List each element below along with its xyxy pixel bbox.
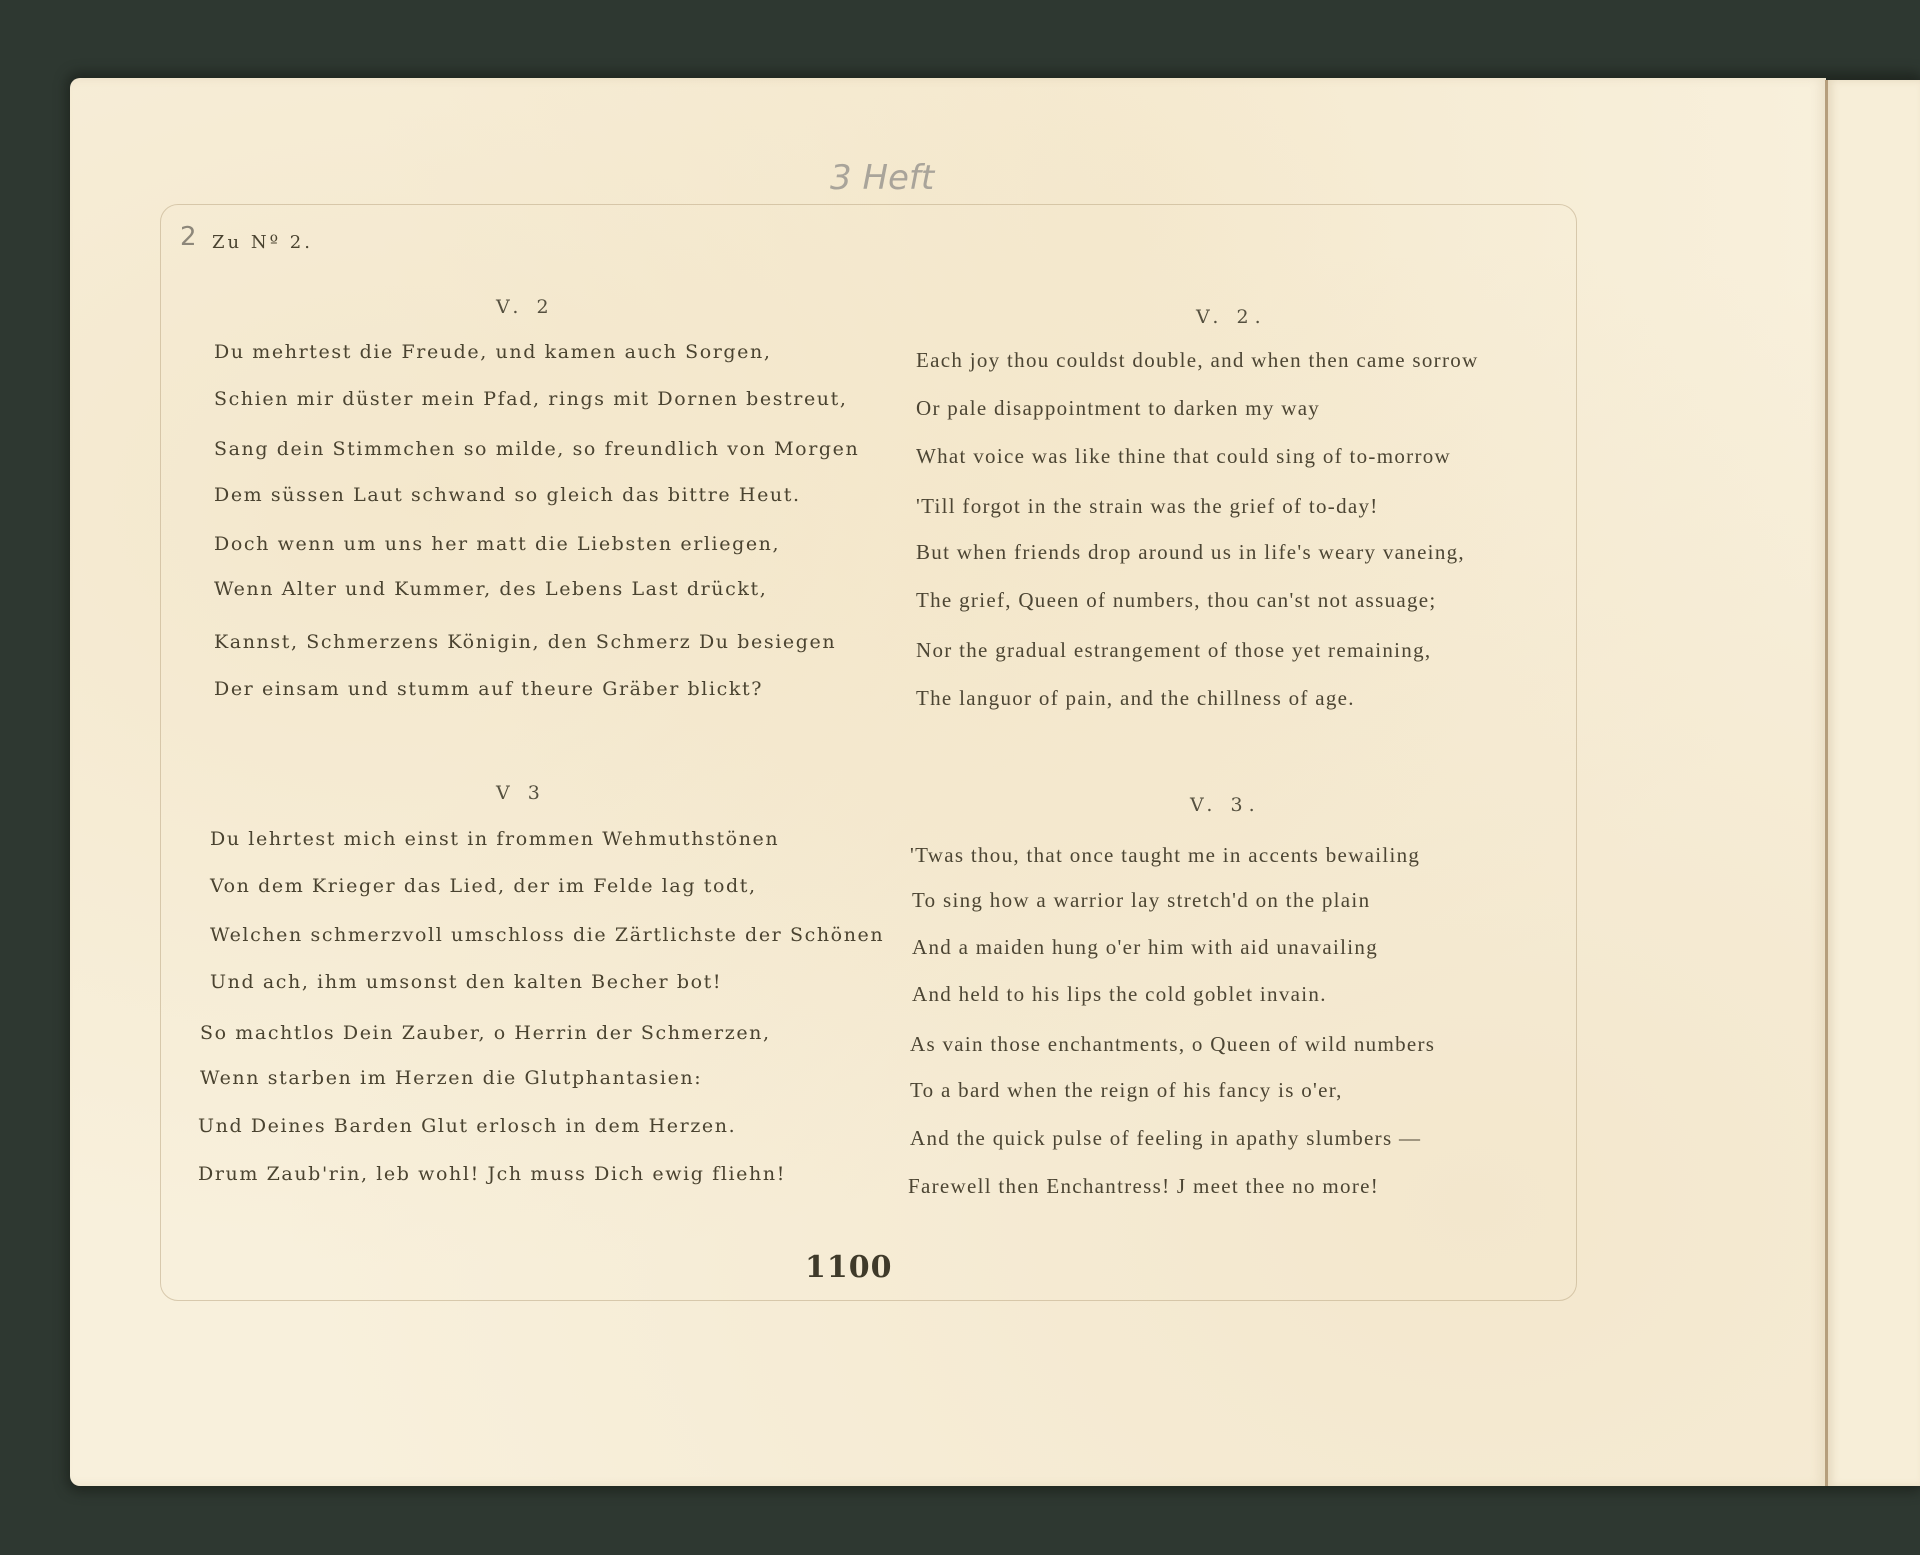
pencil-page-number: 2: [180, 222, 197, 252]
verse-line: Doch wenn um uns her matt die Liebsten e…: [214, 535, 780, 554]
verse-line: To sing how a warrior lay stretch'd on t…: [912, 890, 1370, 911]
verse-line: Der einsam und stumm auf theure Gräber b…: [214, 680, 763, 699]
verse-line: Dem süssen Laut schwand so gleich das bi…: [214, 486, 801, 505]
verse-line: Wenn starben im Herzen die Glutphantasie…: [200, 1069, 702, 1088]
verse-heading: V 3: [496, 782, 546, 804]
verse-line: 'Twas thou, that once taught me in accen…: [910, 845, 1420, 866]
right-page-edge: [1828, 80, 1920, 1486]
verse-line: Farewell then Enchantress! J meet thee n…: [908, 1176, 1379, 1197]
verse-line: The languor of pain, and the chillness o…: [916, 688, 1355, 709]
verse-line: Kannst, Schmerzens Königin, den Schmerz …: [214, 633, 836, 652]
verse-line: Und Deines Barden Glut erlosch in dem He…: [198, 1117, 736, 1136]
verse-line: Or pale disappointment to darken my way: [916, 398, 1320, 419]
verse-line: Wenn Alter und Kummer, des Lebens Last d…: [214, 580, 767, 599]
verse-heading: V. 2.: [1196, 306, 1267, 328]
verse-line: As vain those enchantments, o Queen of w…: [910, 1034, 1435, 1055]
verse-line: Von dem Krieger das Lied, der im Felde l…: [210, 877, 757, 896]
verse-line: So machtlos Dein Zauber, o Herrin der Sc…: [200, 1024, 771, 1043]
verse-line: What voice was like thine that could sin…: [916, 446, 1451, 467]
verse-line: And a maiden hung o'er him with aid unav…: [912, 937, 1378, 958]
reference-label: Zu Nº 2.: [212, 234, 313, 252]
verse-line: Drum Zaub'rin, leb wohl! Jch muss Dich e…: [198, 1165, 786, 1184]
verse-line: Sang dein Stimmchen so milde, so freundl…: [214, 440, 859, 459]
verse-line: Du mehrtest die Freude, und kamen auch S…: [214, 343, 772, 362]
verse-line: And held to his lips the cold goblet inv…: [912, 984, 1327, 1005]
verse-heading: V. 3.: [1190, 794, 1261, 816]
verse-line: Und ach, ihm umsonst den kalten Becher b…: [210, 973, 722, 992]
verse-line: 'Till forgot in the strain was the grief…: [916, 496, 1379, 517]
verse-line: And the quick pulse of feeling in apathy…: [910, 1128, 1421, 1149]
verse-line: The grief, Queen of numbers, thou can'st…: [916, 590, 1437, 611]
pencil-annotation-heft: 3 Heft: [830, 158, 934, 198]
verse-line: Du lehrtest mich einst in frommen Wehmut…: [210, 830, 779, 849]
plate-number: 1100: [805, 1250, 893, 1285]
verse-line: Welchen schmerzvoll umschloss die Zärtli…: [210, 926, 884, 945]
verse-line: Nor the gradual estrangement of those ye…: [916, 640, 1431, 661]
verse-line: But when friends drop around us in life'…: [916, 542, 1465, 563]
verse-heading: V. 2: [496, 296, 555, 318]
verse-line: Each joy thou couldst double, and when t…: [916, 350, 1479, 371]
verse-line: To a bard when the reign of his fancy is…: [910, 1080, 1343, 1101]
verse-line: Schien mir düster mein Pfad, rings mit D…: [214, 390, 848, 409]
